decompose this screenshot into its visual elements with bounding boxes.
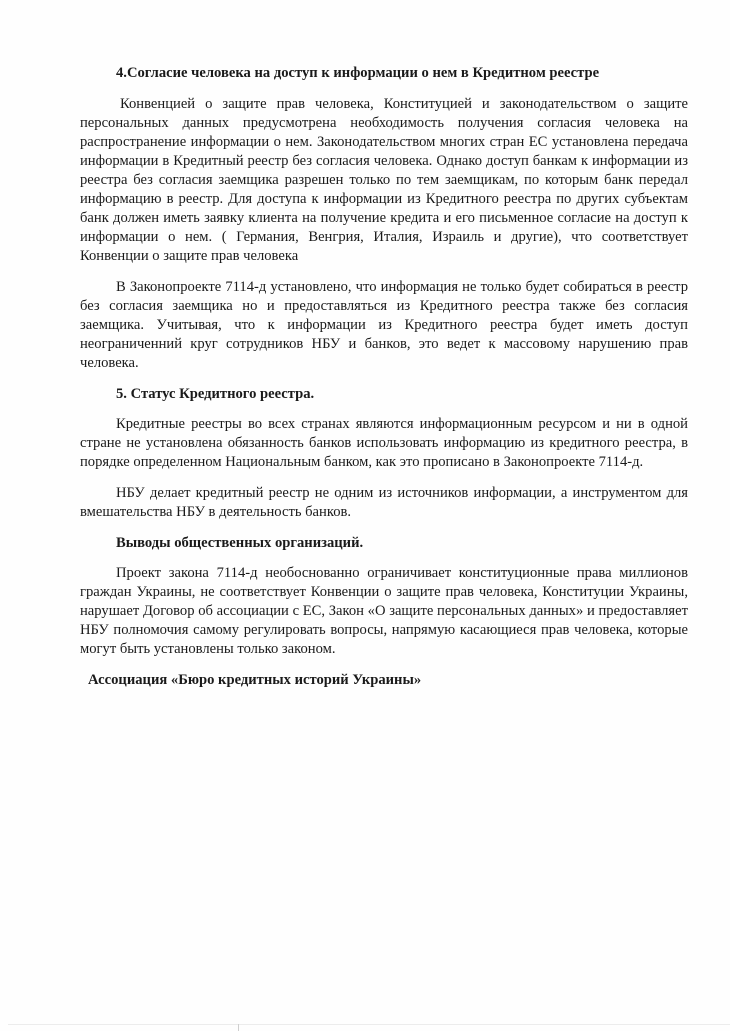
section-5-paragraph-1: Кредитные реестры во всех странах являют… (80, 415, 688, 472)
section-5-paragraph-2: НБУ делает кредитный реестр не одним из … (80, 484, 688, 522)
document-body: 4.Согласие человека на доступ к информац… (80, 64, 688, 690)
section-5-heading: 5. Статус Кредитного реестра. (80, 385, 688, 404)
section-4-paragraph-2: В Законопроекте 7114-д установлено, что … (80, 278, 688, 373)
conclusions-heading: Выводы общественных организаций. (80, 534, 688, 553)
section-4-heading: 4.Согласие человека на доступ к информац… (80, 64, 688, 83)
signature-organization: Ассоциация «Бюро кредитных историй Украи… (80, 671, 688, 690)
scan-edge-mark (238, 1024, 239, 1031)
section-4-paragraph-1: Конвенцией о защите прав человека, Конст… (80, 95, 688, 266)
scan-edge-line (8, 1024, 730, 1025)
conclusions-paragraph-1: Проект закона 7114-д необоснованно огран… (80, 564, 688, 659)
document-page: 4.Согласие человека на доступ к информац… (0, 0, 730, 1031)
